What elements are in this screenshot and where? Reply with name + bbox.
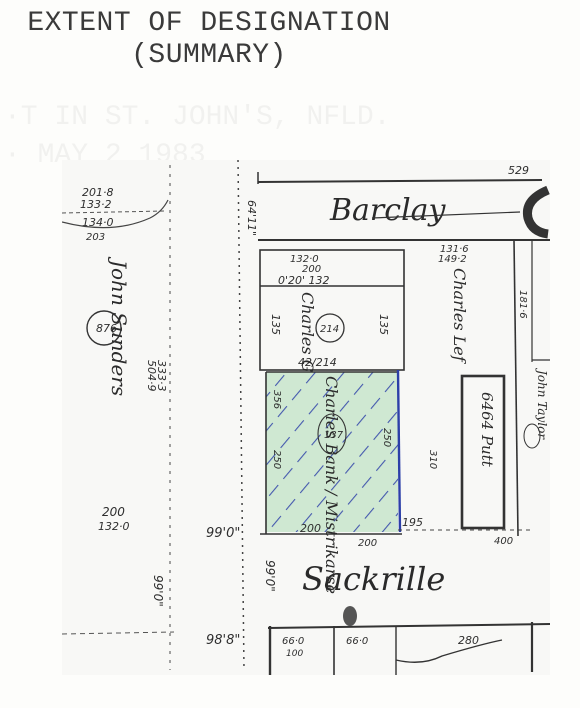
survey-number: 66·0 (282, 636, 304, 647)
survey-number: 66·0 (346, 636, 368, 647)
survey-number: 42/214 (298, 356, 337, 369)
survey-number: 250 (381, 428, 392, 447)
survey-number: 132·0 (98, 520, 130, 533)
survey-number: 135 (269, 314, 282, 335)
frontage-label: 64'11" (245, 200, 258, 236)
survey-map: 529 Barclay 201·8 133·2 134·0 203 John S… (62, 160, 550, 675)
survey-number: 200 (358, 538, 377, 549)
lot-number: 214 (320, 324, 339, 335)
document-title: EXTENT OF DESIGNATION (SUMMARY) (0, 8, 424, 72)
frontage-label: 99'0" (206, 526, 240, 541)
survey-number: 0'20' 132 (278, 274, 330, 287)
survey-number: 203 (86, 232, 105, 243)
survey-number: 200 (102, 505, 125, 519)
survey-number: 356 (271, 390, 282, 409)
building-label: 6464 Putt (478, 392, 496, 468)
right-owner-name: Charles Lef (450, 268, 469, 365)
survey-number: 200 (300, 522, 321, 535)
survey-number: 250 (271, 450, 282, 469)
bleed-through-text: ·T IN ST. JOHN'S, NFLD. (4, 102, 390, 133)
title-line-2: (SUMMARY) (0, 40, 424, 72)
lot-number: 876 (96, 322, 117, 335)
survey-number: 195 (402, 516, 423, 529)
ink-blot (343, 606, 357, 626)
corner-number: 529 (508, 164, 529, 177)
street-name-sackrille: Sackrille (302, 560, 445, 598)
lot-number: 137 (324, 430, 344, 441)
survey-number: 135 (377, 314, 390, 335)
survey-number: 149·2 (438, 254, 467, 265)
survey-number: 310 (427, 450, 438, 469)
survey-number: 100 (286, 649, 303, 659)
survey-map-drawing: 529 Barclay 201·8 133·2 134·0 203 John S… (62, 160, 550, 675)
survey-number: 133·2 (80, 198, 112, 211)
survey-number: 181·6 (517, 290, 528, 319)
survey-number: 504·9 (145, 360, 158, 392)
frontage-label: 99'0" (263, 560, 277, 592)
frontage-label: 99'0" (151, 575, 165, 607)
street-name-barclay: Barclay (329, 193, 447, 228)
title-line-1: EXTENT OF DESIGNATION (0, 8, 424, 40)
survey-number: 400 (494, 536, 513, 547)
survey-number: 280 (458, 634, 479, 647)
frontage-label: 98'8" (206, 633, 240, 648)
arc-mark-icon (527, 190, 548, 234)
far-right-owner-name: John Taylor (535, 367, 549, 440)
